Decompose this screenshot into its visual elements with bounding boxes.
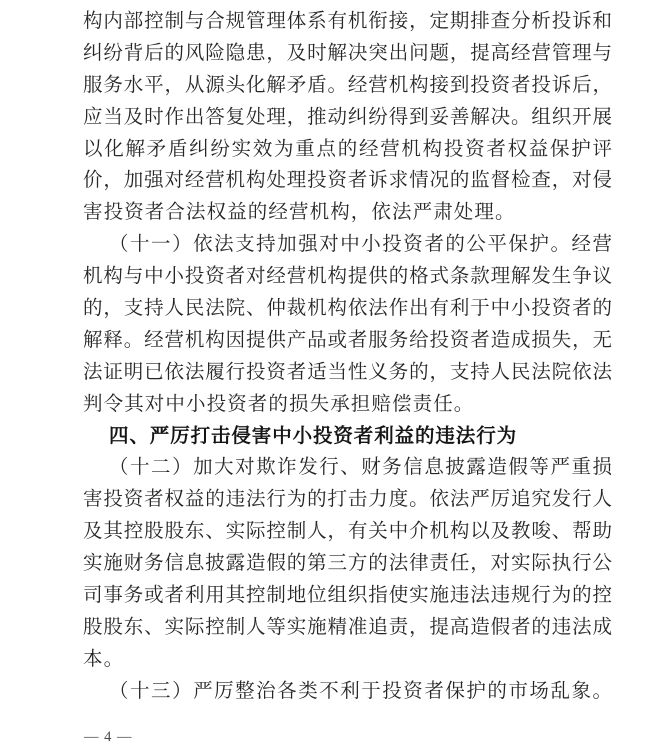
body-line: 价，加强对经营机构处理投资者诉求情况的监督检查，对侵	[83, 165, 612, 197]
body-line: （十一）依法支持加强对中小投资者的公平保护。经营	[83, 229, 612, 261]
body-line: 服务水平，从源头化解矛盾。经营机构接到投资者投诉后，	[83, 70, 612, 102]
body-line: 及其控股股东、实际控制人，有关中介机构以及教唆、帮助	[83, 516, 612, 548]
body-line: 股股东、实际控制人等实施精准追责，提高造假者的违法成	[83, 612, 612, 644]
body-line: （十二）加大对欺诈发行、财务信息披露造假等严重损	[83, 452, 612, 484]
body-line: 应当及时作出答复处理，推动纠纷得到妥善解决。组织开展	[83, 102, 612, 134]
body-line: 本。	[83, 644, 612, 676]
body-line: 害投资者权益的违法行为的打击力度。依法严厉追究发行人	[83, 484, 612, 516]
body-line: 害投资者合法权益的经营机构，依法严肃处理。	[83, 197, 612, 229]
body-line: 解释。经营机构因提供产品或者服务给投资者造成损失，无	[83, 325, 612, 357]
body-line: 纠纷背后的风险隐患，及时解决突出问题，提高经营管理与	[83, 38, 612, 70]
page-number: — 4 —	[84, 729, 133, 746]
body-line: 以化解矛盾纠纷实效为重点的经营机构投资者权益保护评	[83, 134, 612, 166]
body-line: 实施财务信息披露造假的第三方的法律责任，对实际执行公	[83, 548, 612, 580]
body-line: 的，支持人民法院、仲裁机构依法作出有利于中小投资者的	[83, 293, 612, 325]
body-line: 司事务或者利用其控制地位组织指使实施违法违规行为的控	[83, 580, 612, 612]
section-heading: 四、严厉打击侵害中小投资者利益的违法行为	[83, 421, 612, 453]
body-line: 机构与中小投资者对经营机构提供的格式条款理解发生争议	[83, 261, 612, 293]
body-line: （十三）严厉整治各类不利于投资者保护的市场乱象。	[83, 676, 612, 708]
body-line: 判令其对中小投资者的损失承担赔偿责任。	[83, 389, 612, 421]
body-line: 法证明已依法履行投资者适当性义务的，支持人民法院依法	[83, 357, 612, 389]
document-body: 构内部控制与合规管理体系有机衔接，定期排查分析投诉和 纠纷背后的风险隐患，及时解…	[83, 6, 612, 708]
document-page: 构内部控制与合规管理体系有机衔接，定期排查分析投诉和 纠纷背后的风险隐患，及时解…	[0, 0, 665, 755]
body-line: 构内部控制与合规管理体系有机衔接，定期排查分析投诉和	[83, 6, 612, 38]
